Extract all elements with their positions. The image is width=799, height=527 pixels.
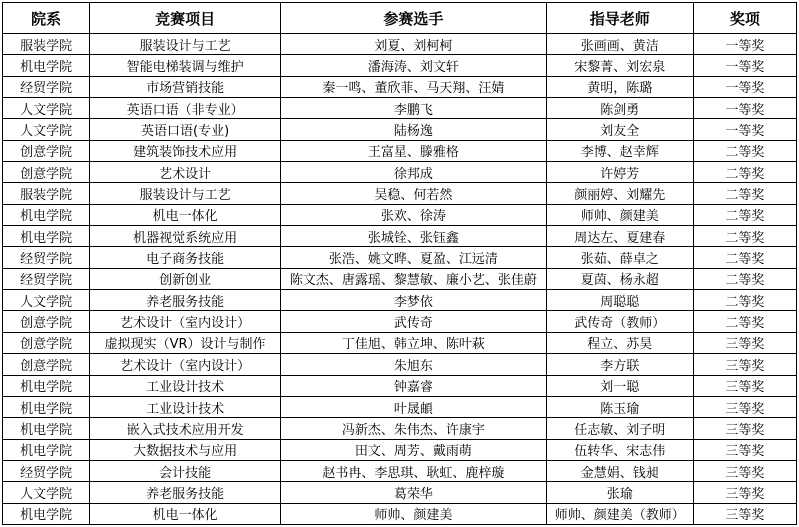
table-cell: 一等奖 <box>693 98 796 119</box>
table-cell: 艺术设计（室内设计） <box>90 354 281 375</box>
table-row: 创意学院虚拟现实（VR）设计与制作丁佳旭、韩立坤、陈叶萩程立、苏昊三等奖 <box>3 332 797 353</box>
table-cell: 许婷芳 <box>546 162 693 183</box>
table-cell: 师帅、颜建美 <box>546 204 693 225</box>
column-header: 奖项 <box>693 3 796 34</box>
table-cell: 机电学院 <box>3 439 90 460</box>
table-row: 人文学院英语口语(专业)陆杨逸刘友全一等奖 <box>3 119 797 140</box>
table-cell: 英语口语(专业) <box>90 119 281 140</box>
table-row: 机电学院大数据技术与应用田文、周芳、戴雨萌伍转华、宋志伟三等奖 <box>3 439 797 460</box>
table-cell: 葛荣华 <box>280 482 546 503</box>
table-cell: 建筑装饰技术应用 <box>90 140 281 161</box>
table-cell: 经贸学院 <box>3 460 90 481</box>
table-cell: 陆杨逸 <box>280 119 546 140</box>
table-cell: 师帅、颜建美（教师） <box>546 503 693 524</box>
table-row: 人文学院英语口语（非专业）李鹏飞陈剑勇一等奖 <box>3 98 797 119</box>
table-cell: 二等奖 <box>693 290 796 311</box>
table-row: 创意学院艺术设计（室内设计）武传奇武传奇（教师）二等奖 <box>3 311 797 332</box>
table-cell: 大数据技术与应用 <box>90 439 281 460</box>
table-row: 机电学院嵌入式技术应用开发冯新杰、朱伟杰、许康宇任志敏、刘子明三等奖 <box>3 418 797 439</box>
table-cell: 服装学院 <box>3 34 90 55</box>
table-cell: 陈玉瑜 <box>546 396 693 417</box>
table-cell: 二等奖 <box>693 140 796 161</box>
table-cell: 会计技能 <box>90 460 281 481</box>
table-cell: 夏茵、杨永超 <box>546 268 693 289</box>
table-cell: 服装设计与工艺 <box>90 34 281 55</box>
table-row: 经贸学院创新创业陈文杰、唐露瑶、黎慧敏、廉小艺、张佳蔚夏茵、杨永超二等奖 <box>3 268 797 289</box>
table-cell: 二等奖 <box>693 183 796 204</box>
table-cell: 刘夏、刘柯柯 <box>280 34 546 55</box>
table-cell: 刘一聪 <box>546 375 693 396</box>
table-cell: 嵌入式技术应用开发 <box>90 418 281 439</box>
table-cell: 英语口语（非专业） <box>90 98 281 119</box>
table-cell: 一等奖 <box>693 76 796 97</box>
table-cell: 三等奖 <box>693 354 796 375</box>
table-cell: 机电学院 <box>3 55 90 76</box>
table-cell: 吴稳、何若然 <box>280 183 546 204</box>
table-cell: 服装学院 <box>3 183 90 204</box>
table-cell: 三等奖 <box>693 482 796 503</box>
table-cell: 武传奇（教师） <box>546 311 693 332</box>
table-cell: 创意学院 <box>3 140 90 161</box>
table-row: 机电学院机电一体化张欢、徐涛师帅、颜建美二等奖 <box>3 204 797 225</box>
table-cell: 服装设计与工艺 <box>90 183 281 204</box>
table-cell: 机电学院 <box>3 503 90 524</box>
table-cell: 机器视觉系统应用 <box>90 226 281 247</box>
table-cell: 朱旭东 <box>280 354 546 375</box>
table-cell: 电子商务技能 <box>90 247 281 268</box>
table-cell: 钟嘉睿 <box>280 375 546 396</box>
table-row: 机电学院机电一体化师帅、颜建美师帅、颜建美（教师）三等奖 <box>3 503 797 524</box>
table-cell: 徐邦成 <box>280 162 546 183</box>
table-row: 人文学院养老服务技能李梦依周聪聪二等奖 <box>3 290 797 311</box>
competition-awards-table: 院系竞赛项目参赛选手指导老师奖项 服装学院服装设计与工艺刘夏、刘柯柯张画画、黄洁… <box>2 2 797 525</box>
column-header: 院系 <box>3 3 90 34</box>
table-cell: 经贸学院 <box>3 76 90 97</box>
column-header: 竞赛项目 <box>90 3 281 34</box>
table-cell: 机电一体化 <box>90 503 281 524</box>
column-header: 指导老师 <box>546 3 693 34</box>
column-header: 参赛选手 <box>280 3 546 34</box>
table-cell: 李方联 <box>546 354 693 375</box>
table-cell: 程立、苏昊 <box>546 332 693 353</box>
table-cell: 机电学院 <box>3 226 90 247</box>
table-cell: 二等奖 <box>693 268 796 289</box>
table-cell: 机电一体化 <box>90 204 281 225</box>
table-cell: 三等奖 <box>693 503 796 524</box>
table-cell: 创意学院 <box>3 311 90 332</box>
table-cell: 机电学院 <box>3 204 90 225</box>
table-cell: 秦一鸣、董欣菲、马天翔、汪婧 <box>280 76 546 97</box>
table-cell: 养老服务技能 <box>90 290 281 311</box>
table-row: 机电学院智能电梯装调与维护潘海涛、刘文轩宋黎菁、刘宏泉一等奖 <box>3 55 797 76</box>
table-cell: 王富星、滕雅格 <box>280 140 546 161</box>
table-cell: 人文学院 <box>3 290 90 311</box>
table-cell: 三等奖 <box>693 460 796 481</box>
table-cell: 市场营销技能 <box>90 76 281 97</box>
table-cell: 三等奖 <box>693 439 796 460</box>
table-cell: 虚拟现实（VR）设计与制作 <box>90 332 281 353</box>
table-row: 人文学院养老服务技能葛荣华张瑜三等奖 <box>3 482 797 503</box>
table-cell: 三等奖 <box>693 332 796 353</box>
table-cell: 李博、赵幸辉 <box>546 140 693 161</box>
table-cell: 机电学院 <box>3 396 90 417</box>
table-cell: 艺术设计（室内设计） <box>90 311 281 332</box>
table-cell: 三等奖 <box>693 375 796 396</box>
table-cell: 任志敏、刘子明 <box>546 418 693 439</box>
table-cell: 二等奖 <box>693 311 796 332</box>
table-row: 创意学院艺术设计徐邦成许婷芳二等奖 <box>3 162 797 183</box>
table-cell: 二等奖 <box>693 226 796 247</box>
table-row: 创意学院艺术设计（室内设计）朱旭东李方联三等奖 <box>3 354 797 375</box>
table-cell: 赵书冉、李思琪、耿虹、鹿梓璇 <box>280 460 546 481</box>
table-cell: 李梦依 <box>280 290 546 311</box>
table-cell: 叶晟頔 <box>280 396 546 417</box>
table-row: 创意学院建筑装饰技术应用王富星、滕雅格李博、赵幸辉二等奖 <box>3 140 797 161</box>
table-header-row: 院系竞赛项目参赛选手指导老师奖项 <box>3 3 797 34</box>
table-cell: 潘海涛、刘文轩 <box>280 55 546 76</box>
page: 院系竞赛项目参赛选手指导老师奖项 服装学院服装设计与工艺刘夏、刘柯柯张画画、黄洁… <box>0 0 799 527</box>
table-cell: 创意学院 <box>3 354 90 375</box>
table-cell: 智能电梯装调与维护 <box>90 55 281 76</box>
table-row: 经贸学院会计技能赵书冉、李思琪、耿虹、鹿梓璇金慧娟、钱昶三等奖 <box>3 460 797 481</box>
table-cell: 周聪聪 <box>546 290 693 311</box>
table-cell: 武传奇 <box>280 311 546 332</box>
table-cell: 机电学院 <box>3 418 90 439</box>
table-body: 服装学院服装设计与工艺刘夏、刘柯柯张画画、黄洁一等奖机电学院智能电梯装调与维护潘… <box>3 34 797 525</box>
table-cell: 人文学院 <box>3 482 90 503</box>
table-cell: 一等奖 <box>693 55 796 76</box>
table-row: 机电学院工业设计技术叶晟頔陈玉瑜三等奖 <box>3 396 797 417</box>
table-cell: 陈剑勇 <box>546 98 693 119</box>
table-cell: 经贸学院 <box>3 268 90 289</box>
table-cell: 工业设计技术 <box>90 396 281 417</box>
table-cell: 艺术设计 <box>90 162 281 183</box>
table-cell: 一等奖 <box>693 34 796 55</box>
table-cell: 创意学院 <box>3 332 90 353</box>
table-cell: 陈文杰、唐露瑶、黎慧敏、廉小艺、张佳蔚 <box>280 268 546 289</box>
table-cell: 二等奖 <box>693 247 796 268</box>
table-cell: 张浩、姚文晔、夏盈、江远清 <box>280 247 546 268</box>
table-cell: 周达左、夏建春 <box>546 226 693 247</box>
table-row: 机电学院工业设计技术钟嘉睿刘一聪三等奖 <box>3 375 797 396</box>
table-header: 院系竞赛项目参赛选手指导老师奖项 <box>3 3 797 34</box>
table-row: 服装学院服装设计与工艺吴稳、何若然颜丽婷、刘耀先二等奖 <box>3 183 797 204</box>
table-row: 机电学院机器视觉系统应用张城铨、张钰鑫周达左、夏建春二等奖 <box>3 226 797 247</box>
table-cell: 二等奖 <box>693 162 796 183</box>
table-cell: 创意学院 <box>3 162 90 183</box>
table-cell: 金慧娟、钱昶 <box>546 460 693 481</box>
table-cell: 张欢、徐涛 <box>280 204 546 225</box>
table-cell: 二等奖 <box>693 204 796 225</box>
table-cell: 一等奖 <box>693 119 796 140</box>
table-row: 经贸学院电子商务技能张浩、姚文晔、夏盈、江远清张茹、薛卓之二等奖 <box>3 247 797 268</box>
table-cell: 三等奖 <box>693 418 796 439</box>
table-cell: 张画画、黄洁 <box>546 34 693 55</box>
table-cell: 颜丽婷、刘耀先 <box>546 183 693 204</box>
table-cell: 伍转华、宋志伟 <box>546 439 693 460</box>
table-cell: 创新创业 <box>90 268 281 289</box>
table-row: 经贸学院市场营销技能秦一鸣、董欣菲、马天翔、汪婧黄明，陈璐一等奖 <box>3 76 797 97</box>
table-cell: 养老服务技能 <box>90 482 281 503</box>
table-cell: 刘友全 <box>546 119 693 140</box>
table-cell: 田文、周芳、戴雨萌 <box>280 439 546 460</box>
table-cell: 冯新杰、朱伟杰、许康宇 <box>280 418 546 439</box>
table-cell: 黄明，陈璐 <box>546 76 693 97</box>
table-cell: 张瑜 <box>546 482 693 503</box>
table-cell: 人文学院 <box>3 98 90 119</box>
table-cell: 机电学院 <box>3 375 90 396</box>
table-cell: 师帅、颜建美 <box>280 503 546 524</box>
table-cell: 工业设计技术 <box>90 375 281 396</box>
table-cell: 张茹、薛卓之 <box>546 247 693 268</box>
table-cell: 人文学院 <box>3 119 90 140</box>
table-cell: 李鹏飞 <box>280 98 546 119</box>
table-cell: 丁佳旭、韩立坤、陈叶萩 <box>280 332 546 353</box>
table-cell: 张城铨、张钰鑫 <box>280 226 546 247</box>
table-cell: 宋黎菁、刘宏泉 <box>546 55 693 76</box>
table-cell: 三等奖 <box>693 396 796 417</box>
table-row: 服装学院服装设计与工艺刘夏、刘柯柯张画画、黄洁一等奖 <box>3 34 797 55</box>
table-cell: 经贸学院 <box>3 247 90 268</box>
